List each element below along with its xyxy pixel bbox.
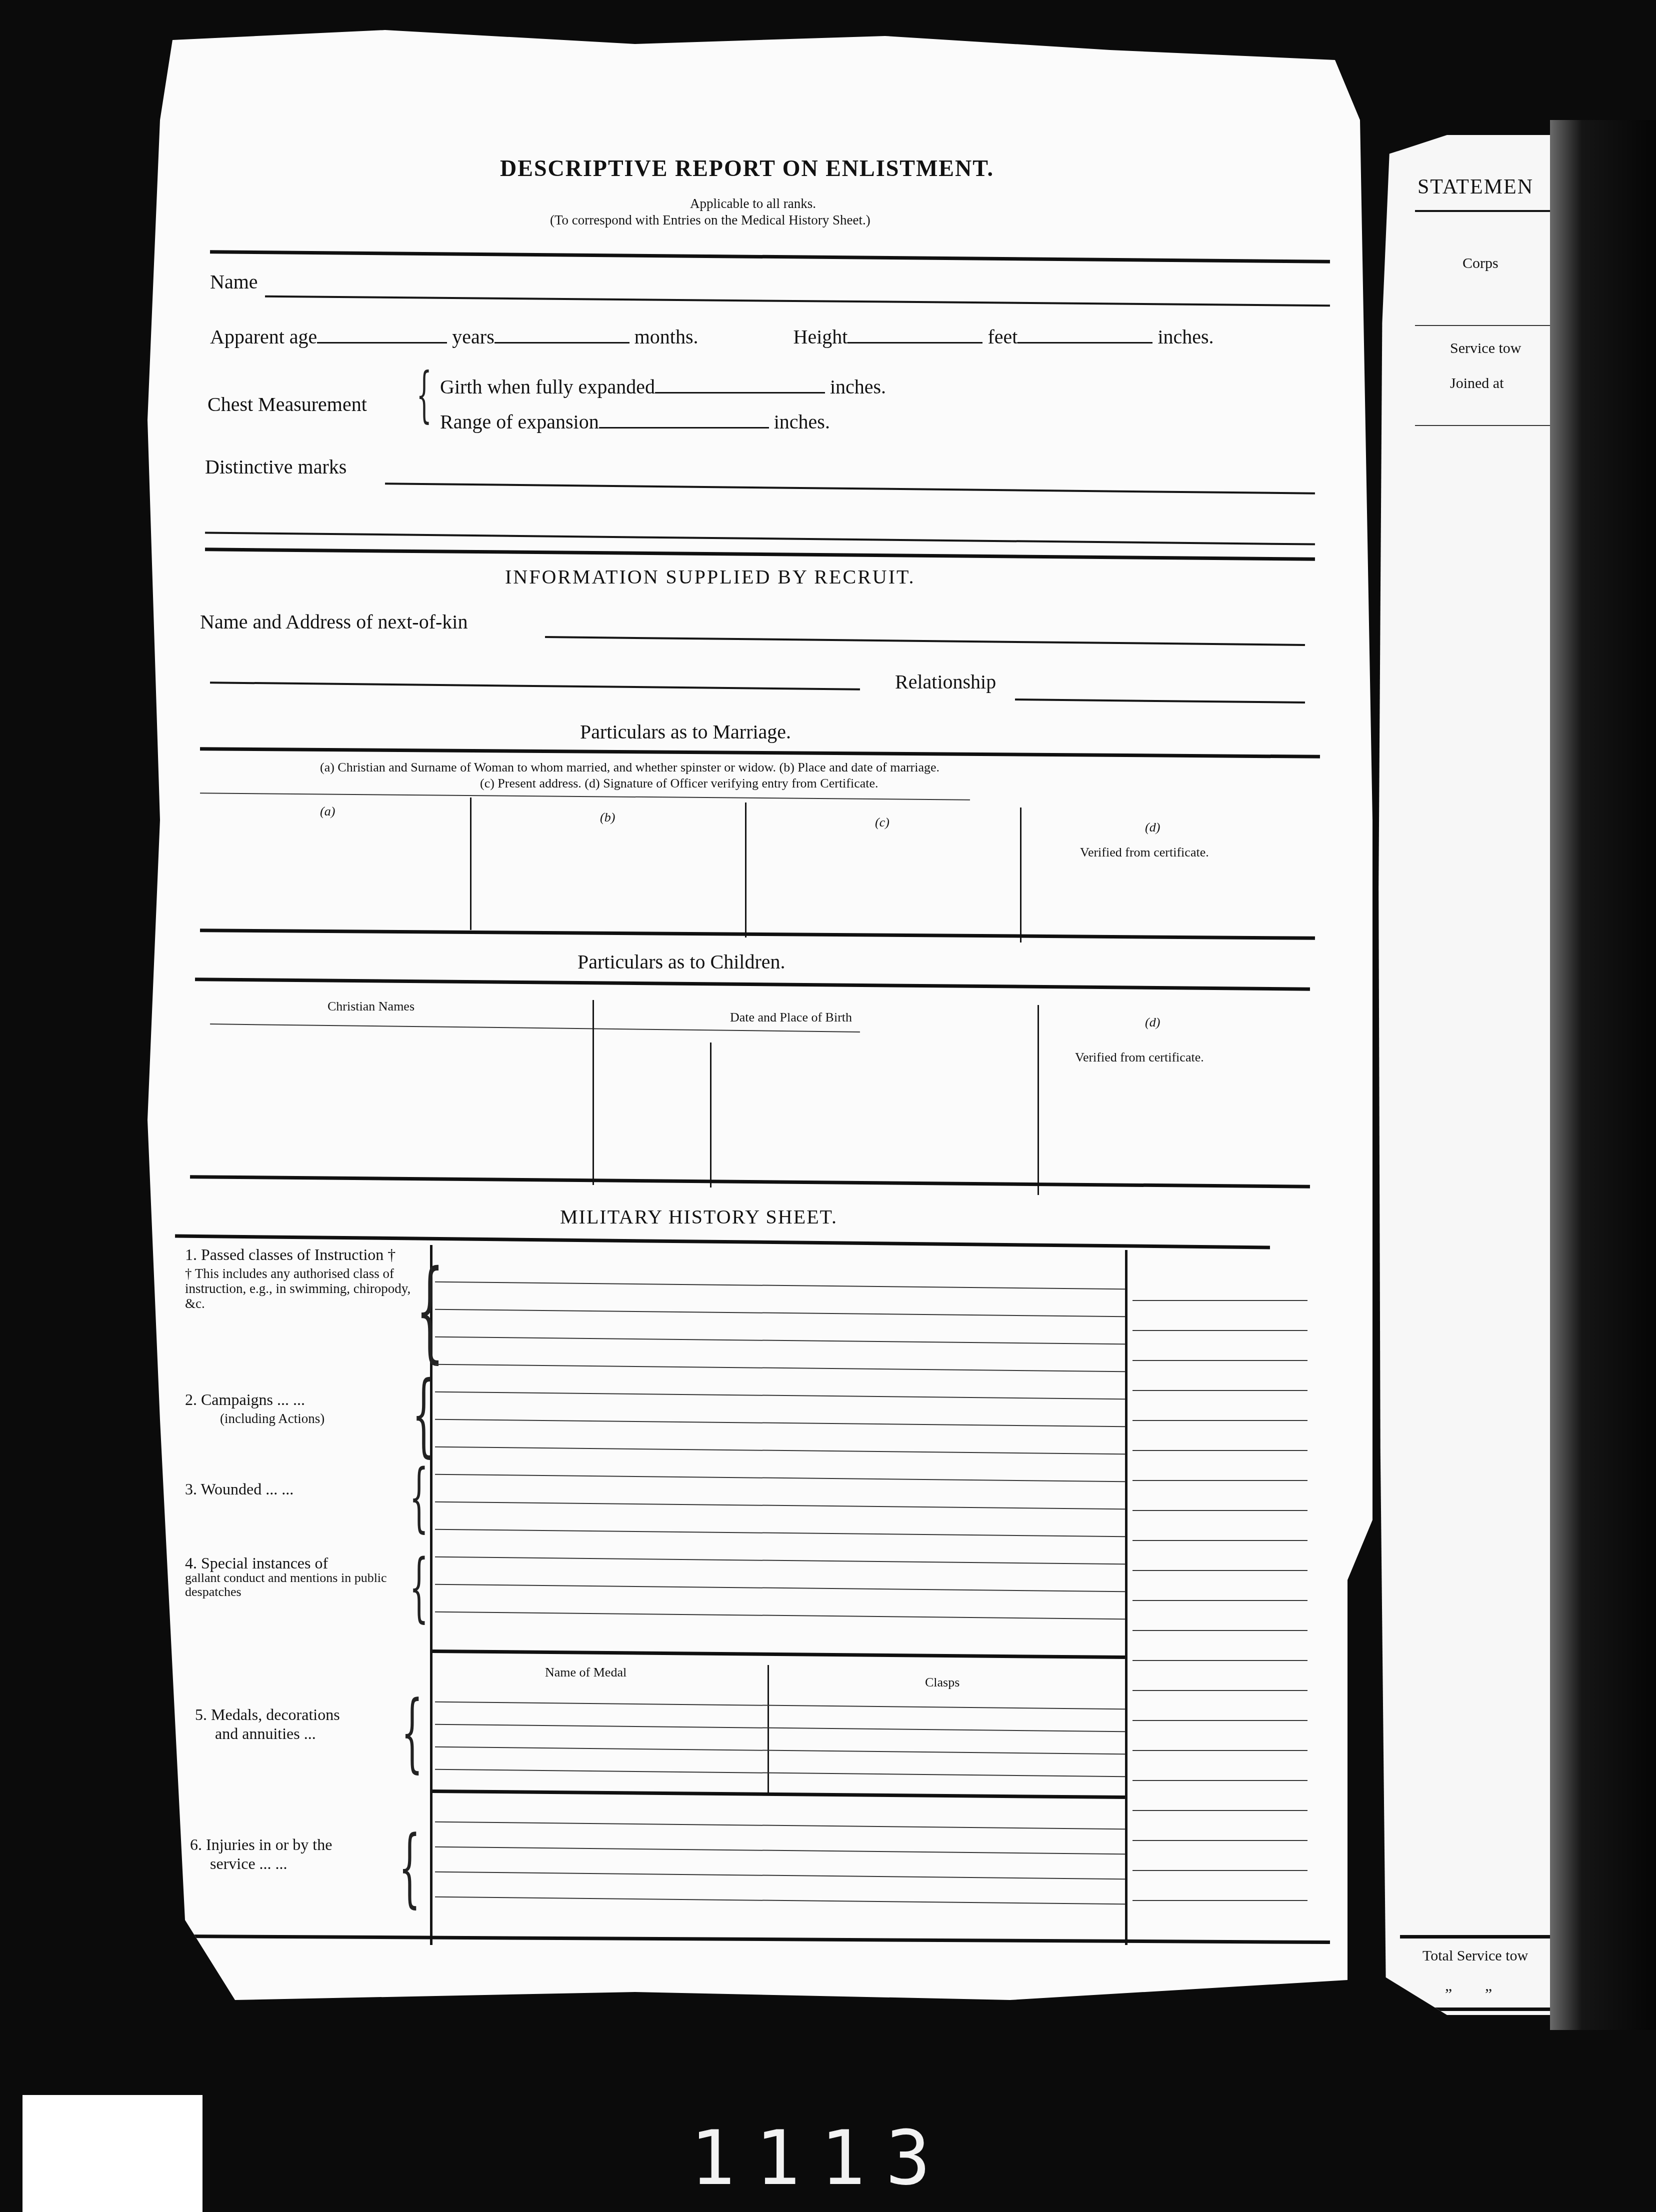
- facing-page-heading: STATEMEN: [1417, 175, 1533, 199]
- entry-line[interactable]: [435, 1336, 1125, 1344]
- next-of-kin-field[interactable]: [545, 636, 1305, 646]
- service-label: Service tow: [1450, 340, 1521, 357]
- mh-item-3: 3. Wounded ... ...: [185, 1480, 415, 1498]
- girth-field[interactable]: [655, 379, 825, 393]
- margin-line: [1132, 1900, 1307, 1901]
- ditto-mark: ”: [1445, 1985, 1452, 2003]
- height-label: Height: [793, 325, 848, 348]
- divider: [1400, 1935, 1555, 1938]
- range-field[interactable]: [599, 414, 769, 428]
- months-label: months.: [634, 325, 698, 348]
- column-divider: [1037, 1005, 1039, 1195]
- margin-line: [1132, 1540, 1307, 1541]
- margin-line: [1132, 1600, 1307, 1601]
- form-page: DESCRIPTIVE REPORT ON ENLISTMENT. Applic…: [135, 20, 1385, 2020]
- children-col-birth: Date and Place of Birth: [730, 1010, 852, 1025]
- entry-line[interactable]: [435, 1501, 1125, 1509]
- girth-row: Girth when fully expanded inches.: [440, 375, 886, 398]
- facing-page: STATEMEN Corps Service tow Joined at Tot…: [1375, 135, 1555, 2015]
- height-feet-field[interactable]: [847, 329, 982, 343]
- column-divider: [1020, 807, 1021, 942]
- age-years-field[interactable]: [317, 329, 447, 343]
- medal-entry-line[interactable]: [435, 1746, 1125, 1754]
- mh-item-1-note: † This includes any authorised class of …: [185, 1266, 415, 1311]
- mh-item-1: 1. Passed classes of Instruction † † Thi…: [185, 1245, 415, 1311]
- margin-line: [1132, 1630, 1307, 1631]
- next-of-kin-label: Name and Address of next-of-kin: [200, 610, 467, 633]
- margin-line: [1132, 1750, 1307, 1751]
- film-leader-tab: [22, 2095, 202, 2212]
- age-months-field[interactable]: [494, 329, 629, 343]
- range-label: Range of expansion: [440, 410, 599, 433]
- relationship-field[interactable]: [1015, 698, 1305, 703]
- entry-line[interactable]: [435, 1584, 1125, 1592]
- margin-line: [1132, 1450, 1307, 1451]
- mh-item-4: 4. Special instances of gallant conduct …: [185, 1555, 415, 1599]
- range-row: Range of expansion inches.: [440, 410, 830, 433]
- frame-number: 1113: [690, 2115, 950, 2202]
- margin-line: [1132, 1330, 1307, 1331]
- divider: [1415, 425, 1555, 426]
- children-verified-label: Verified from certificate.: [1075, 1050, 1204, 1065]
- marriage-verified-label: Verified from certificate.: [1080, 845, 1209, 860]
- column-divider: [745, 802, 746, 937]
- divider: [432, 1649, 1125, 1659]
- column-divider: [1125, 1250, 1127, 1945]
- entry-line[interactable]: [435, 1364, 1125, 1372]
- margin-line: [1132, 1420, 1307, 1421]
- document-subtitle-note: (To correspond with Entries on the Medic…: [550, 212, 870, 228]
- entry-line[interactable]: [435, 1391, 1125, 1399]
- mh-item-5: 5. Medals, decorations and annuities ...: [195, 1705, 415, 1743]
- divider: [200, 792, 970, 800]
- range-unit: inches.: [774, 410, 830, 433]
- recruit-info-heading: INFORMATION SUPPLIED BY RECRUIT.: [505, 565, 915, 588]
- girth-label: Girth when fully expanded: [440, 375, 655, 398]
- distinctive-marks-line-2[interactable]: [205, 531, 1315, 545]
- brace-icon: {: [416, 1255, 444, 1365]
- document-subtitle: Applicable to all ranks.: [690, 196, 816, 211]
- inches-label: inches.: [1157, 325, 1213, 348]
- entry-line[interactable]: [435, 1556, 1125, 1564]
- margin-line: [1132, 1810, 1307, 1811]
- joined-at-label: Joined at: [1450, 375, 1503, 392]
- entry-line[interactable]: [435, 1611, 1125, 1619]
- brace-icon: {: [398, 1825, 420, 1910]
- next-of-kin-address-line[interactable]: [210, 681, 860, 690]
- margin-line: [1132, 1480, 1307, 1481]
- margin-line: [1132, 1390, 1307, 1391]
- entry-line[interactable]: [435, 1281, 1125, 1289]
- injury-entry-line[interactable]: [435, 1896, 1125, 1904]
- marriage-col-d: (d): [1145, 820, 1160, 835]
- divider: [1395, 2007, 1555, 2011]
- medal-col-clasps: Clasps: [925, 1675, 959, 1690]
- brace-icon: {: [409, 1460, 428, 1535]
- marriage-heading: Particulars as to Marriage.: [580, 720, 791, 743]
- marriage-field-b[interactable]: [472, 805, 742, 935]
- marriage-field-d[interactable]: [1022, 870, 1312, 945]
- document-title: DESCRIPTIVE REPORT ON ENLISTMENT.: [500, 155, 994, 181]
- injury-entry-line[interactable]: [435, 1821, 1125, 1829]
- brace-icon: {: [401, 1690, 422, 1775]
- medal-col-name: Name of Medal: [545, 1665, 626, 1680]
- children-heading: Particulars as to Children.: [577, 950, 785, 973]
- relationship-label: Relationship: [895, 670, 996, 693]
- margin-line: [1132, 1780, 1307, 1781]
- margin-line: [1132, 1840, 1307, 1841]
- divider: [205, 547, 1315, 560]
- girth-unit: inches.: [830, 375, 886, 398]
- feet-label: feet: [987, 325, 1017, 348]
- margin-line: [1132, 1870, 1307, 1871]
- divider: [210, 250, 1330, 263]
- apparent-age-row: Apparent age years months. Height feet i…: [210, 325, 1214, 348]
- margin-line: [1132, 1570, 1307, 1571]
- children-birth-field[interactable]: [595, 1040, 1035, 1185]
- entry-line[interactable]: [435, 1419, 1125, 1427]
- divider: [180, 1934, 1330, 1944]
- entry-line[interactable]: [435, 1474, 1125, 1482]
- divider: [200, 747, 1320, 758]
- column-divider: [470, 797, 471, 930]
- column-divider: [592, 1000, 594, 1185]
- medal-entry-line[interactable]: [435, 1701, 1125, 1709]
- name-label: Name: [210, 270, 258, 293]
- military-history-heading: MILITARY HISTORY SHEET.: [560, 1205, 837, 1228]
- margin-line: [1132, 1660, 1307, 1661]
- margin-line: [1132, 1720, 1307, 1721]
- margin-line: [1132, 1510, 1307, 1511]
- injury-entry-line[interactable]: [435, 1871, 1125, 1879]
- entry-line[interactable]: [435, 1446, 1125, 1454]
- children-names-field[interactable]: [205, 1035, 590, 1180]
- divider: [432, 1789, 1125, 1799]
- divider: [1415, 210, 1555, 212]
- chest-measurement-label: Chest Measurement: [207, 392, 367, 416]
- height-inches-field[interactable]: [1017, 329, 1152, 343]
- name-field[interactable]: [265, 295, 1330, 307]
- total-service-label: Total Service tow: [1422, 1947, 1528, 1964]
- marriage-field-a[interactable]: [202, 800, 467, 927]
- injury-entry-line[interactable]: [435, 1846, 1125, 1854]
- brace-icon: {: [409, 1550, 428, 1625]
- marriage-note-1: (a) Christian and Surname of Woman to wh…: [320, 760, 939, 775]
- medal-entry-line[interactable]: [435, 1724, 1125, 1732]
- apparent-age-label: Apparent age: [210, 325, 317, 348]
- margin-line: [1132, 1360, 1307, 1361]
- marriage-field-c[interactable]: [747, 810, 1017, 940]
- column-divider: [767, 1665, 769, 1795]
- entry-line[interactable]: [435, 1309, 1125, 1317]
- mh-item-2: 2. Campaigns ... ... (including Actions): [185, 1390, 415, 1428]
- corps-label: Corps: [1462, 255, 1498, 272]
- brace-icon: {: [416, 365, 432, 425]
- children-col-d: (d): [1145, 1015, 1160, 1030]
- medal-entry-line[interactable]: [435, 1769, 1125, 1777]
- binding-shadow: [1550, 120, 1656, 2030]
- years-label: years: [452, 325, 494, 348]
- margin-line: [1132, 1690, 1307, 1691]
- margin-line: [1132, 1300, 1307, 1301]
- marriage-note-2: (c) Present address. (d) Signature of Of…: [480, 776, 878, 791]
- brace-icon: {: [412, 1370, 435, 1460]
- ditto-mark: ”: [1485, 1985, 1492, 2003]
- entry-line[interactable]: [435, 1529, 1125, 1537]
- distinctive-marks-field[interactable]: [385, 482, 1315, 494]
- divider: [1415, 325, 1555, 326]
- children-col-names: Christian Names: [327, 999, 414, 1014]
- divider: [195, 977, 1310, 990]
- mh-item-6: 6. Injuries in or by the service ... ...: [190, 1835, 415, 1873]
- distinctive-marks-label: Distinctive marks: [205, 455, 346, 478]
